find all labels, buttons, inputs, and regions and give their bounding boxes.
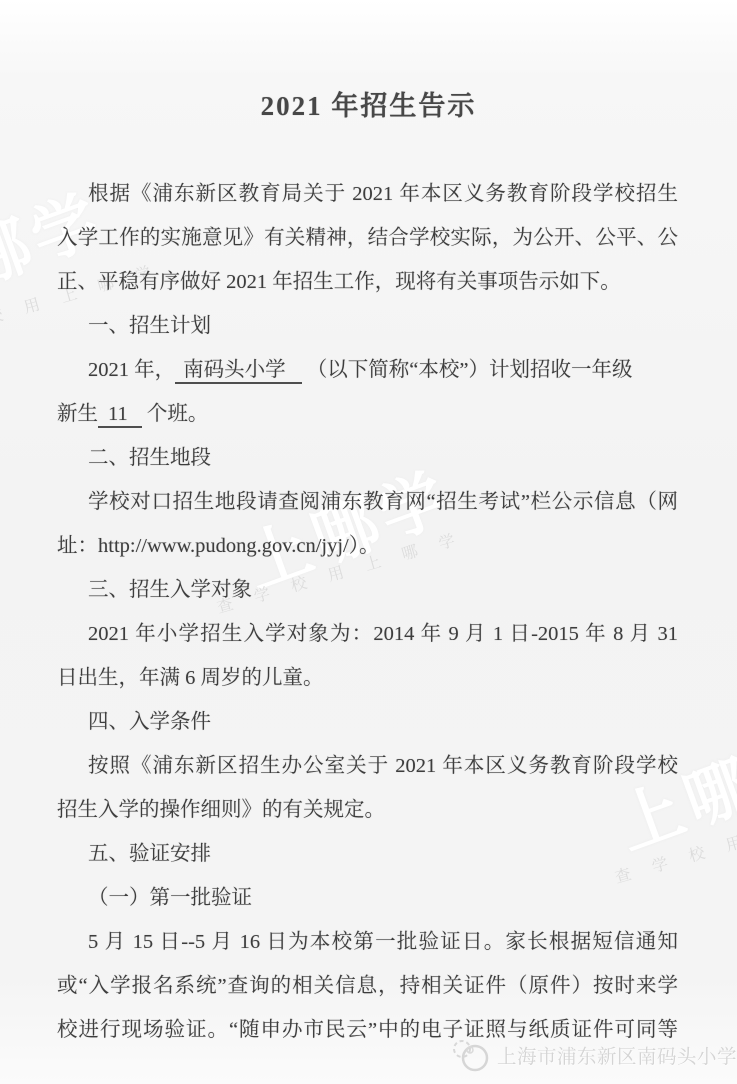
text-segment: 五、验证安排 <box>88 843 211 865</box>
text-line: 日出生，年满 6 周岁的儿童。 <box>57 656 678 700</box>
text-line: 2021 年，南码头小学 （以下简称“本校”）计划招收一年级 <box>57 348 678 392</box>
text-segment: 5 月 15 日--5 月 16 日为本校第一批验证日。家长根据短信通知 <box>88 931 678 953</box>
text-segment: 址：http://www.pudong.gov.cn/jyj/）。 <box>57 535 379 557</box>
text-segment: 二、招生地段 <box>88 447 211 469</box>
school-name: 上海市浦东新区南码头小学 <box>497 1041 737 1069</box>
document-body: 根据《浦东新区教育局关于 2021 年本区义务教育阶段学校招生入学工作的实施意见… <box>57 172 678 1052</box>
footer-watermark: 上海市浦东新区南码头小学 <box>448 1036 737 1074</box>
text-segment: 按照《浦东新区招生办公室关于 2021 年本区义务教育阶段学校 <box>88 755 678 777</box>
text-segment: 四、入学条件 <box>88 711 211 733</box>
text-line: 五、验证安排 <box>57 832 678 876</box>
document-title: 2021 年招生告示 <box>0 84 737 123</box>
text-line: 四、入学条件 <box>57 700 678 744</box>
text-line: 5 月 15 日--5 月 16 日为本校第一批验证日。家长根据短信通知 <box>57 920 678 964</box>
text-segment: 学校对口招生地段请查阅浦东教育网“招生考试”栏公示信息（网 <box>88 491 678 513</box>
school-logo-icon <box>448 1036 492 1074</box>
text-line: 一、招生计划 <box>57 304 678 348</box>
text-segment: 新生 <box>57 403 98 425</box>
text-line: 学校对口招生地段请查阅浦东教育网“招生考试”栏公示信息（网 <box>57 480 678 524</box>
text-segment: 日出生，年满 6 周岁的儿童。 <box>57 667 324 689</box>
text-line: 三、招生入学对象 <box>57 568 678 612</box>
text-line: 招生入学的操作细则》的有关规定。 <box>57 788 678 832</box>
text-segment: （一）第一批验证 <box>88 887 252 909</box>
text-segment: 三、招生入学对象 <box>88 579 252 601</box>
text-line: 根据《浦东新区教育局关于 2021 年本区义务教育阶段学校招生 <box>57 172 678 216</box>
underlined-text: 南码头小学 <box>175 359 302 384</box>
text-line: 址：http://www.pudong.gov.cn/jyj/）。 <box>57 524 678 568</box>
text-line: 入学工作的实施意见》有关精神，结合学校实际，为公开、公平、公 <box>57 216 678 260</box>
text-line: 2021 年小学招生入学对象为：2014 年 9 月 1 日-2015 年 8 … <box>57 612 678 656</box>
text-line: 二、招生地段 <box>57 436 678 480</box>
text-segment: 一、招生计划 <box>88 315 211 337</box>
text-segment: 招生入学的操作细则》的有关规定。 <box>57 799 385 821</box>
text-segment: 个班。 <box>142 403 209 425</box>
text-segment: 2021 年小学招生入学对象为：2014 年 9 月 1 日-2015 年 8 … <box>88 623 678 645</box>
document-page: 上哪学 查 学 校 用 上 哪 学 上哪学 查 学 校 用 上 哪 学 上哪学 … <box>0 0 737 1084</box>
text-segment: 入学工作的实施意见》有关精神，结合学校实际，为公开、公平、公 <box>57 227 678 249</box>
text-line: （一）第一批验证 <box>57 876 678 920</box>
text-segment: 2021 年， <box>88 359 175 381</box>
text-line: 正、平稳有序做好 2021 年招生工作，现将有关事项告示如下。 <box>57 260 678 304</box>
text-segment: 或“入学报名系统”查询的相关信息，持相关证件（原件）按时来学 <box>57 975 678 997</box>
text-segment: （以下简称“本校”）计划招收一年级 <box>302 359 633 381</box>
underlined-text: 11 <box>98 403 142 428</box>
text-line: 按照《浦东新区招生办公室关于 2021 年本区义务教育阶段学校 <box>57 744 678 788</box>
text-segment: 根据《浦东新区教育局关于 2021 年本区义务教育阶段学校招生 <box>88 183 678 205</box>
text-line: 新生11 个班。 <box>57 392 678 436</box>
text-segment: 正、平稳有序做好 2021 年招生工作，现将有关事项告示如下。 <box>57 271 621 293</box>
text-line: 或“入学报名系统”查询的相关信息，持相关证件（原件）按时来学 <box>57 964 678 1008</box>
